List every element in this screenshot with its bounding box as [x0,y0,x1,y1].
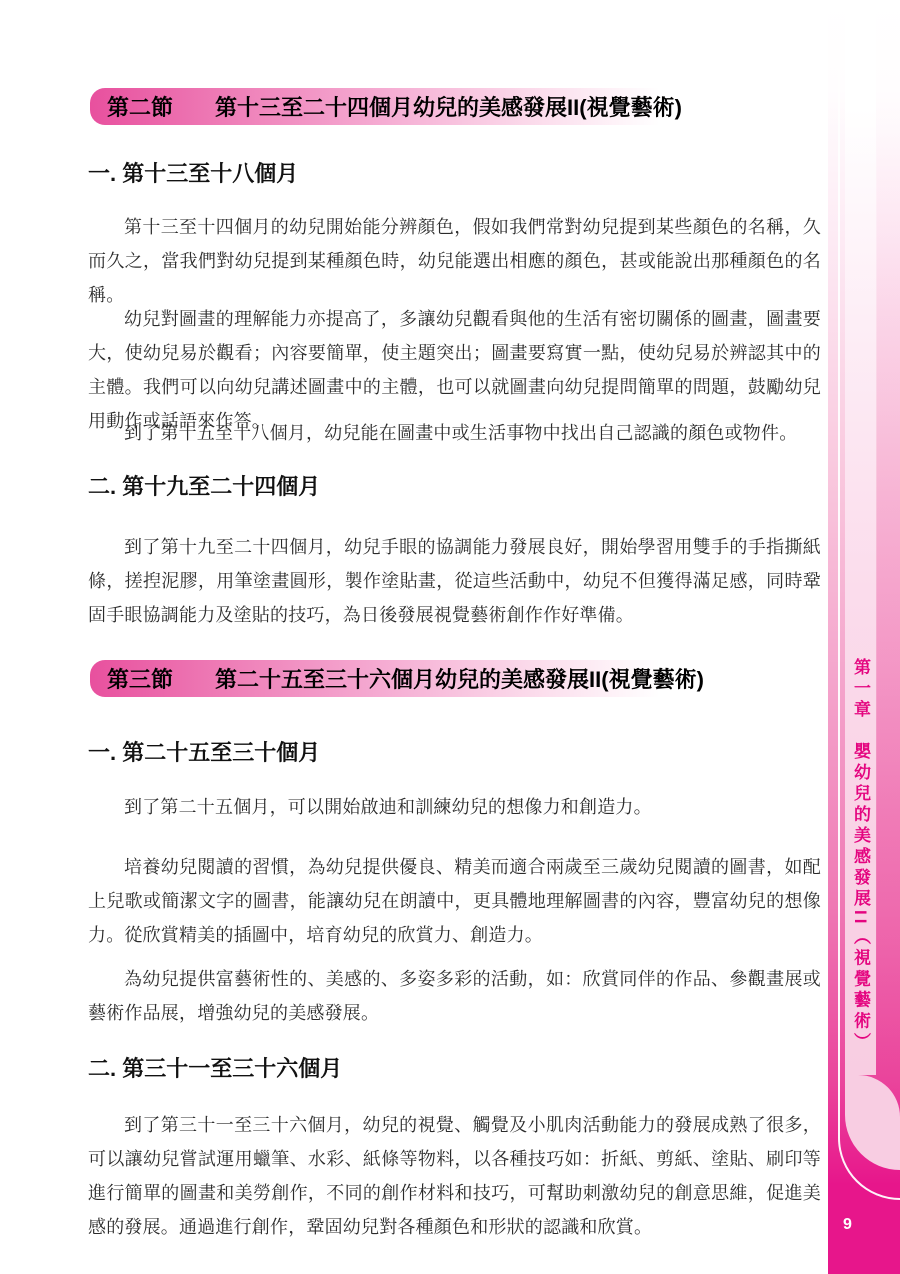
chapter-vertical-label: 第一章 嬰幼兒的美感發展II（視覺藝術） [845,658,876,1053]
paragraph: 到了第十九至二十四個月，幼兒手眼的協調能力發展良好，開始學習用雙手的手指撕紙條，… [88,530,821,632]
subsection-heading-13-18-months: 一. 第十三至十八個月 [88,161,298,187]
section-2-header-bar: 第二節 第十三至二十四個月幼兒的美感發展II(視覺藝術) [90,88,696,125]
paragraph: 到了第三十一至三十六個月，幼兒的視覺、觸覺及小肌肉活動能力的發展成熟了很多，可以… [88,1108,821,1244]
paragraph: 培養幼兒閱讀的習慣，為幼兒提供優良、精美而適合兩歲至三歲幼兒閱讀的圖書，如配上兒… [88,850,821,952]
subsection-heading-19-24-months: 二. 第十九至二十四個月 [88,474,320,500]
paragraph: 為幼兒提供富藝術性的、美感的、多姿多彩的活動，如：欣賞同伴的作品、參觀畫展或藝術… [88,962,821,1030]
section-3-title: 第二十五至三十六個月幼兒的美感發展II(視覺藝術) [215,663,704,694]
subsection-heading-25-30-months: 一. 第二十五至三十個月 [88,740,320,766]
section-2-title: 第十三至二十四個月幼兒的美感發展II(視覺藝術) [215,91,682,122]
section-3-header-bar: 第三節 第二十五至三十六個月幼兒的美感發展II(視覺藝術) [90,660,696,697]
paragraph: 到了第十五至十八個月，幼兒能在圖畫中或生活事物中找出自己認識的顏色或物件。 [88,416,821,450]
paragraph: 到了第二十五個月，可以開始啟迪和訓練幼兒的想像力和創造力。 [88,790,821,824]
book-page: 第二節 第十三至二十四個月幼兒的美感發展II(視覺藝術) 一. 第十三至十八個月… [0,0,900,1274]
chapter-side-band: 第一章 嬰幼兒的美感發展II（視覺藝術） 9 [828,0,900,1274]
section-3-number: 第三節 [107,663,173,694]
section-2-number: 第二節 [107,91,173,122]
paragraph: 第十三至十四個月的幼兒開始能分辨顏色，假如我們常對幼兒提到某些顏色的名稱，久而久… [88,210,821,312]
subsection-heading-31-36-months: 二. 第三十一至三十六個月 [88,1056,342,1082]
page-number: 9 [843,1216,852,1234]
